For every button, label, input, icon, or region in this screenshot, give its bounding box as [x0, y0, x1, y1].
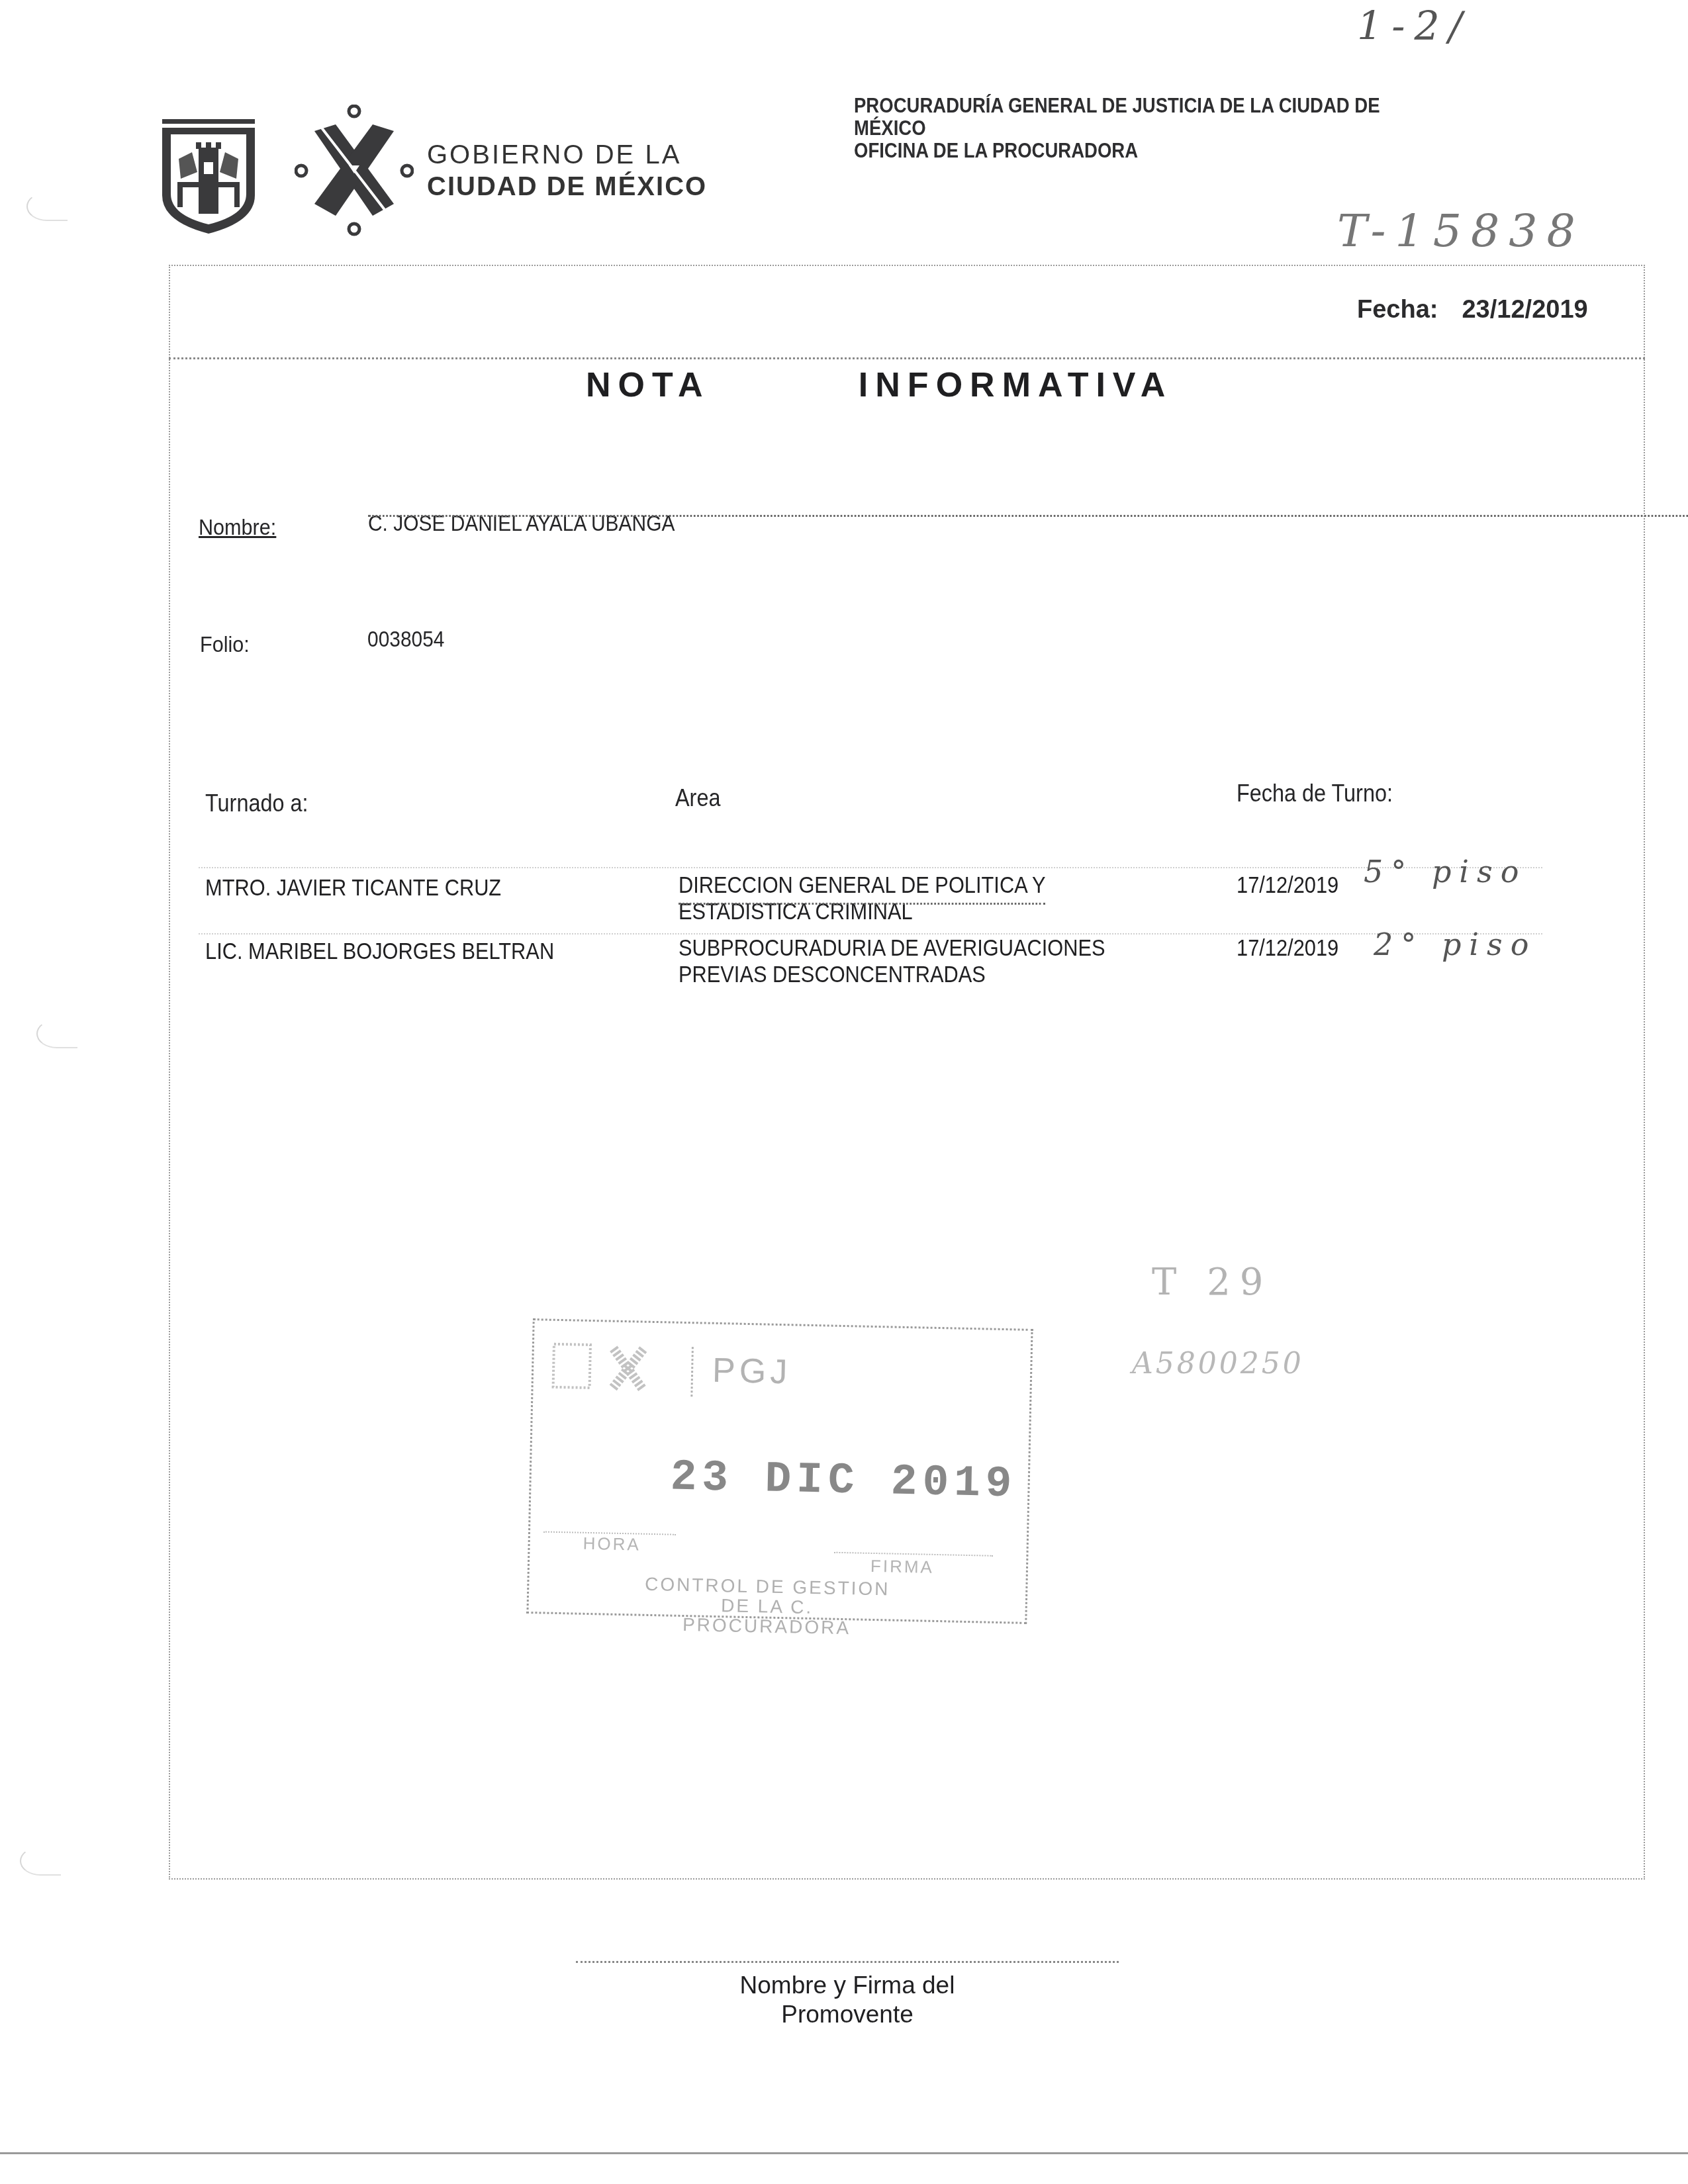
table-row-person: LIC. MARIBEL BOJORGES BELTRAN: [205, 938, 554, 965]
handwritten-annotation: T 29: [1152, 1261, 1272, 1304]
stamp-separator: [690, 1347, 694, 1396]
stamp-firma-label: FIRMA: [870, 1556, 935, 1578]
table-row-area: SUBPROCURADURIA DE AVERIGUACIONES PREVIA…: [679, 935, 1105, 988]
stamp-date: 23 DIC 2019: [670, 1453, 1017, 1510]
document-date: Fecha:23/12/2019: [1357, 296, 1588, 324]
header-turnado: Turnado a:: [205, 790, 308, 817]
page-bottom-edge: [0, 2152, 1688, 2154]
punch-hole-mark: [20, 1846, 61, 1876]
header-fecha-turno: Fecha de Turno:: [1237, 780, 1393, 807]
date-label: Fecha:: [1357, 296, 1438, 324]
date-value: 23/12/2019: [1462, 296, 1587, 324]
stamp-firma-line: [834, 1552, 993, 1557]
table-row-date: 17/12/2019: [1237, 935, 1338, 962]
area-line1: DIRECCION GENERAL DE POLITICA Y: [679, 872, 1046, 899]
handwritten-reference-number: T-15838: [1337, 205, 1585, 257]
government-name-line2: CIUDAD DE MÉXICO: [427, 171, 707, 203]
nombre-label: Nombre:: [199, 515, 276, 541]
signature-label-line1: Nombre y Firma del: [576, 1971, 1119, 2000]
area-line2: ESTADISTICA CRIMINAL: [679, 899, 1046, 925]
stamp-hora-label: HORA: [583, 1533, 641, 1555]
signature-label-line2: Promovente: [576, 2000, 1119, 2029]
area-line1: SUBPROCURADURIA DE AVERIGUACIONES: [679, 935, 1105, 962]
punch-hole-mark: [26, 192, 68, 221]
stamp-control: CONTROL DE GESTION DE LA C. PROCURADORA: [641, 1574, 894, 1639]
nombre-value: C. JOSE DANIEL AYALA UBANGA: [368, 511, 1688, 537]
government-name-line1: GOBIERNO DE LA: [427, 139, 707, 171]
reception-stamp: PGJ 23 DIC 2019 HORA FIRMA CONTROL DE GE…: [526, 1318, 1033, 1624]
punch-hole-mark: [36, 1019, 77, 1048]
folio-label: Folio:: [200, 632, 250, 658]
page-title: NOTA INFORMATIVA: [586, 365, 1172, 405]
row-divider: [199, 933, 1542, 934]
header-area: Area: [675, 784, 720, 812]
stamp-logos-icon: [549, 1341, 683, 1396]
handwritten-floor-note: 2° piso: [1374, 927, 1536, 962]
city-coat-of-arms-icon: [159, 116, 258, 235]
handwritten-floor-note: 5° piso: [1364, 854, 1526, 889]
signature-line: [576, 1961, 1119, 1963]
agency-line3: OFICINA DE LA PROCURADORA: [854, 139, 1380, 161]
row-divider: [199, 867, 1542, 868]
cdmx-logo-icon: [295, 105, 414, 237]
signature-label: Nombre y Firma del Promovente: [576, 1971, 1119, 2029]
header-divider: [169, 357, 1645, 359]
handwritten-annotation: A5800250: [1132, 1347, 1304, 1381]
area-line2: PREVIAS DESCONCENTRADAS: [679, 962, 1105, 988]
agency-line1: PROCURADURÍA GENERAL DE JUSTICIA DE LA C…: [854, 94, 1380, 116]
table-row-date: 17/12/2019: [1237, 872, 1338, 899]
folio-value: 0038054: [367, 627, 444, 653]
government-name: GOBIERNO DE LA CIUDAD DE MÉXICO: [427, 139, 707, 203]
table-row-person: MTRO. JAVIER TICANTE CRUZ: [205, 875, 501, 901]
stamp-control-line2: DE LA C. PROCURADORA: [641, 1594, 893, 1639]
handwritten-page-number: 1-2/: [1357, 3, 1472, 50]
document-frame: [169, 265, 1645, 1880]
agency-header: PROCURADURÍA GENERAL DE JUSTICIA DE LA C…: [854, 94, 1380, 161]
stamp-org: PGJ: [712, 1351, 792, 1392]
agency-line2: MÉXICO: [854, 116, 1380, 139]
table-row-area: DIRECCION GENERAL DE POLITICA Y ESTADIST…: [679, 872, 1046, 925]
